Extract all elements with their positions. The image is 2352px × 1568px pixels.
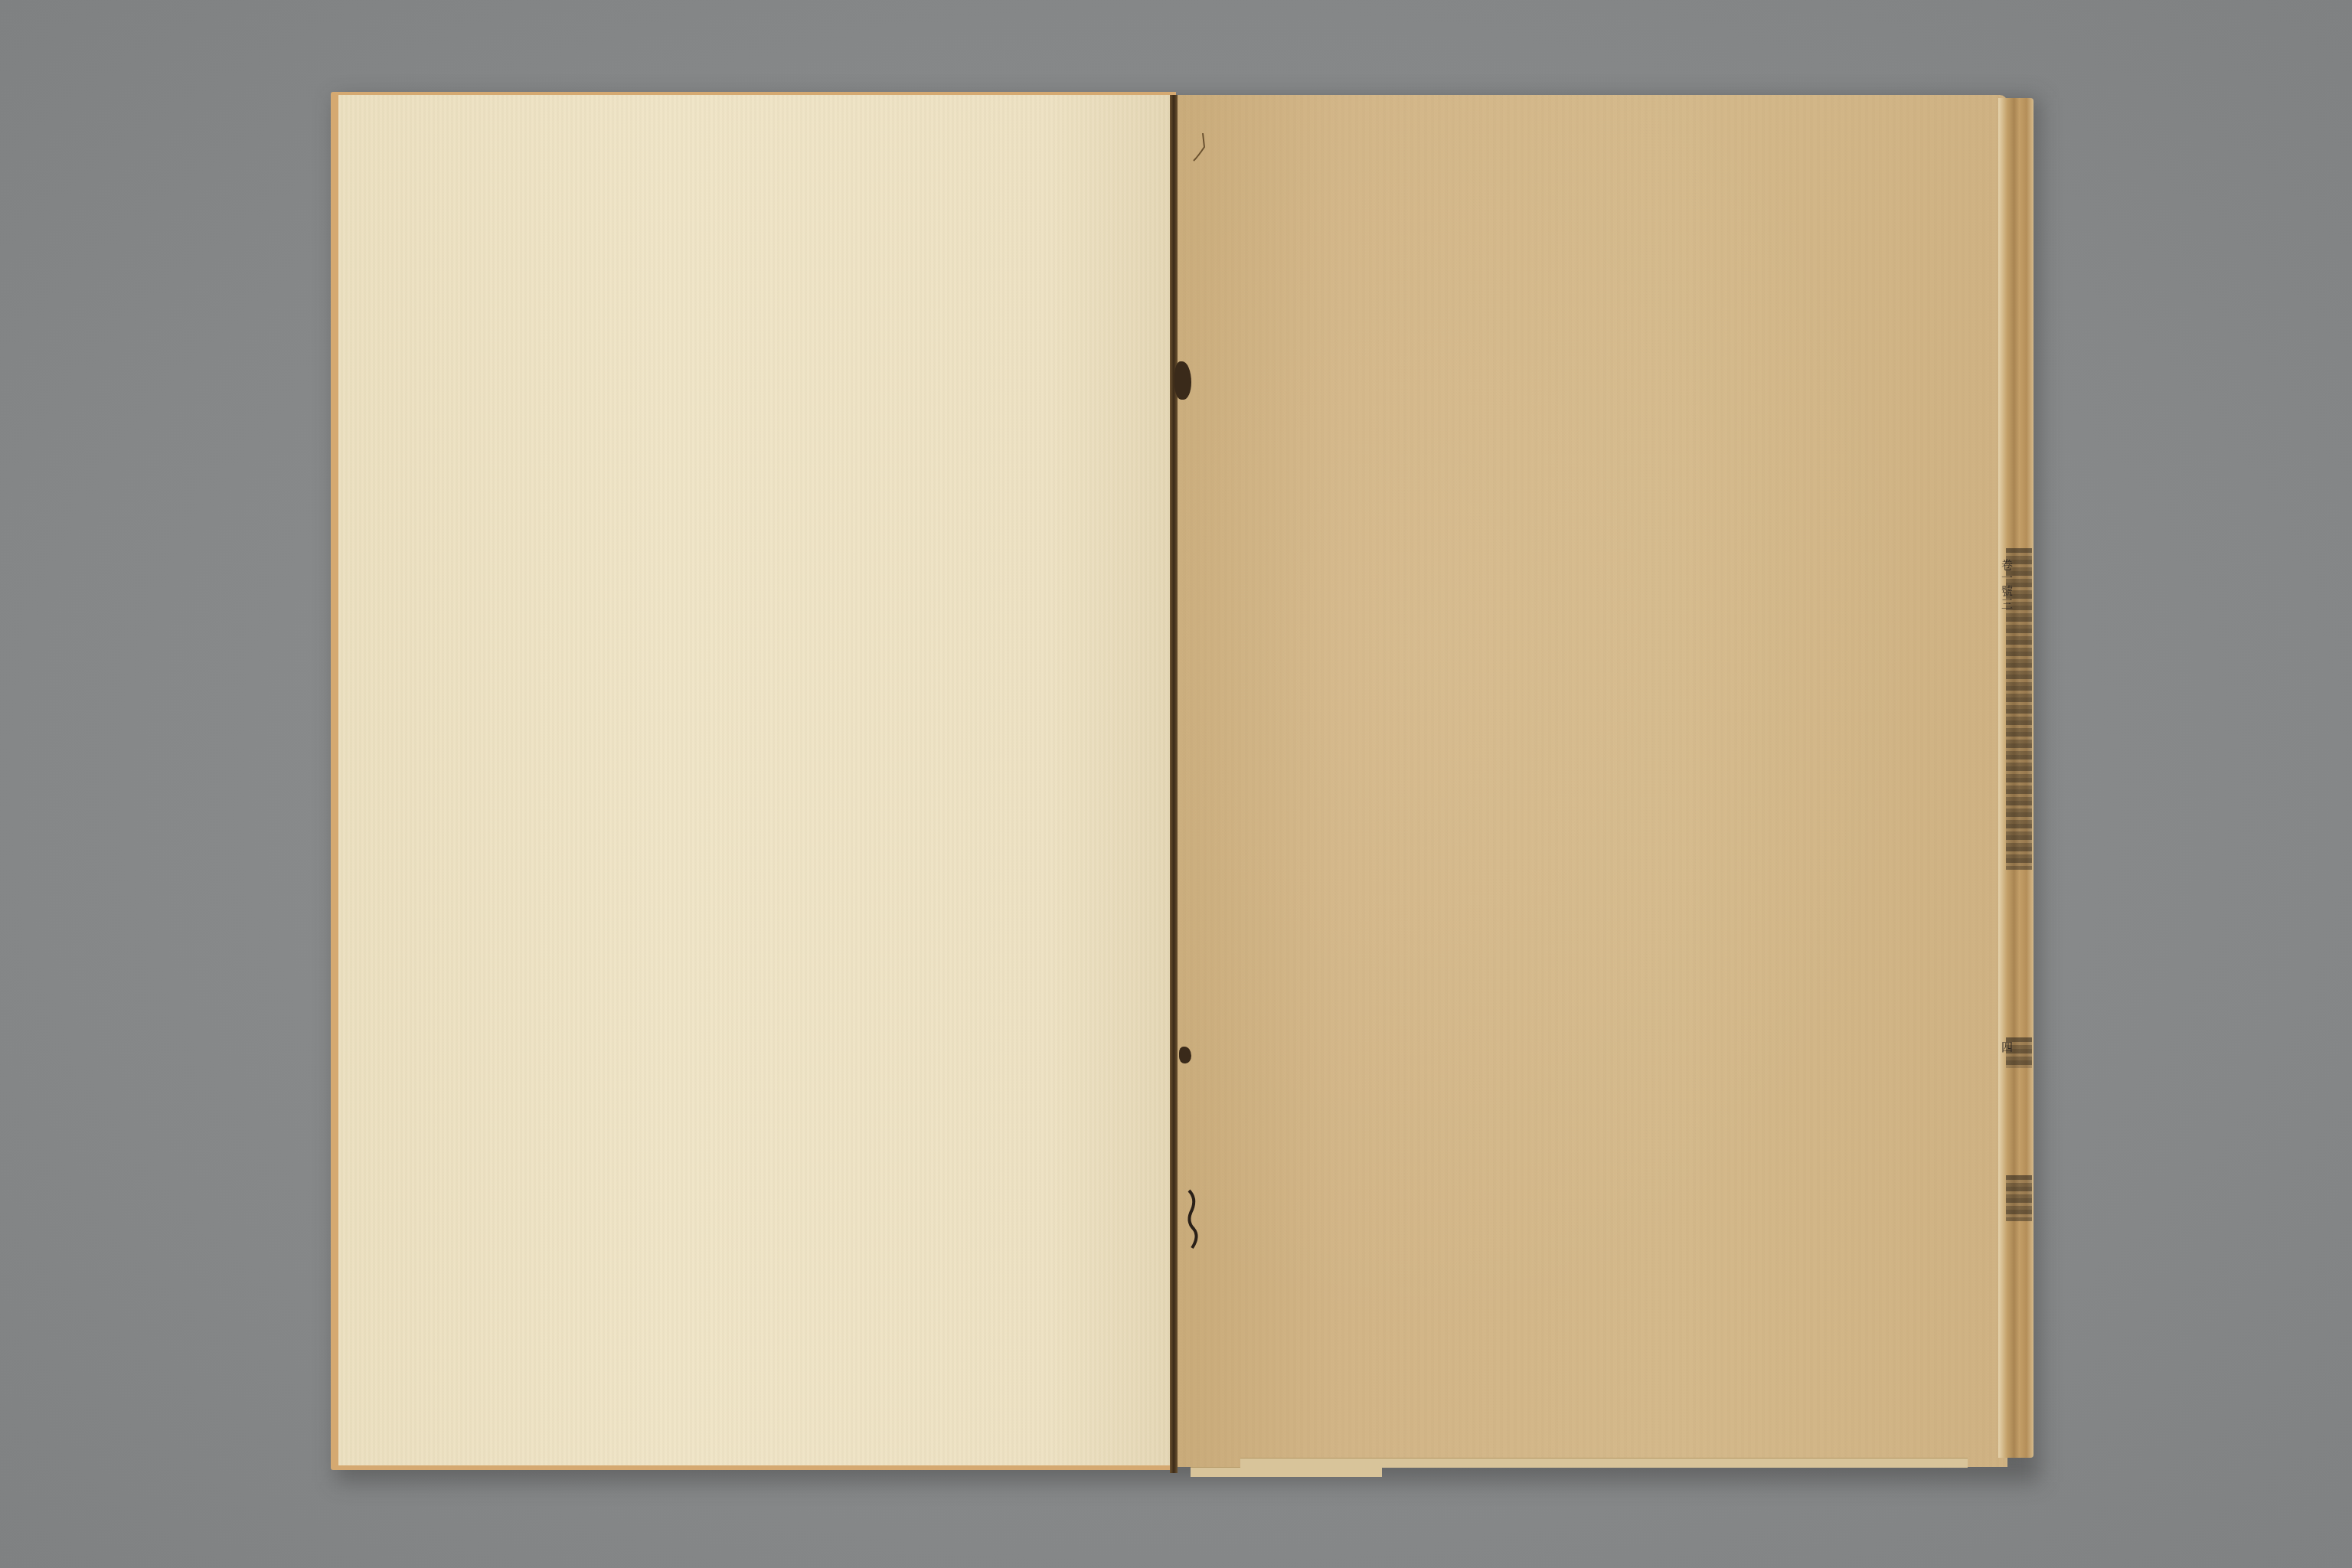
bottom-flap-1 (1191, 1467, 1382, 1477)
page-edge-ink-lower (2006, 1175, 2032, 1221)
right-page-blank (1176, 95, 2007, 1467)
worm-hole-lower (1179, 1047, 1191, 1063)
margin-text-upper: 卷一號三 (2003, 559, 2015, 880)
ink-mark-top (1191, 130, 1214, 176)
wavy-tear-mark (1183, 1187, 1206, 1256)
margin-text-lower: 四 (2003, 1041, 2015, 1072)
left-page-blank (338, 95, 1174, 1465)
bottom-flap-2 (1240, 1458, 1968, 1468)
worm-hole-upper (1174, 361, 1191, 400)
book-gutter (1170, 95, 1178, 1473)
